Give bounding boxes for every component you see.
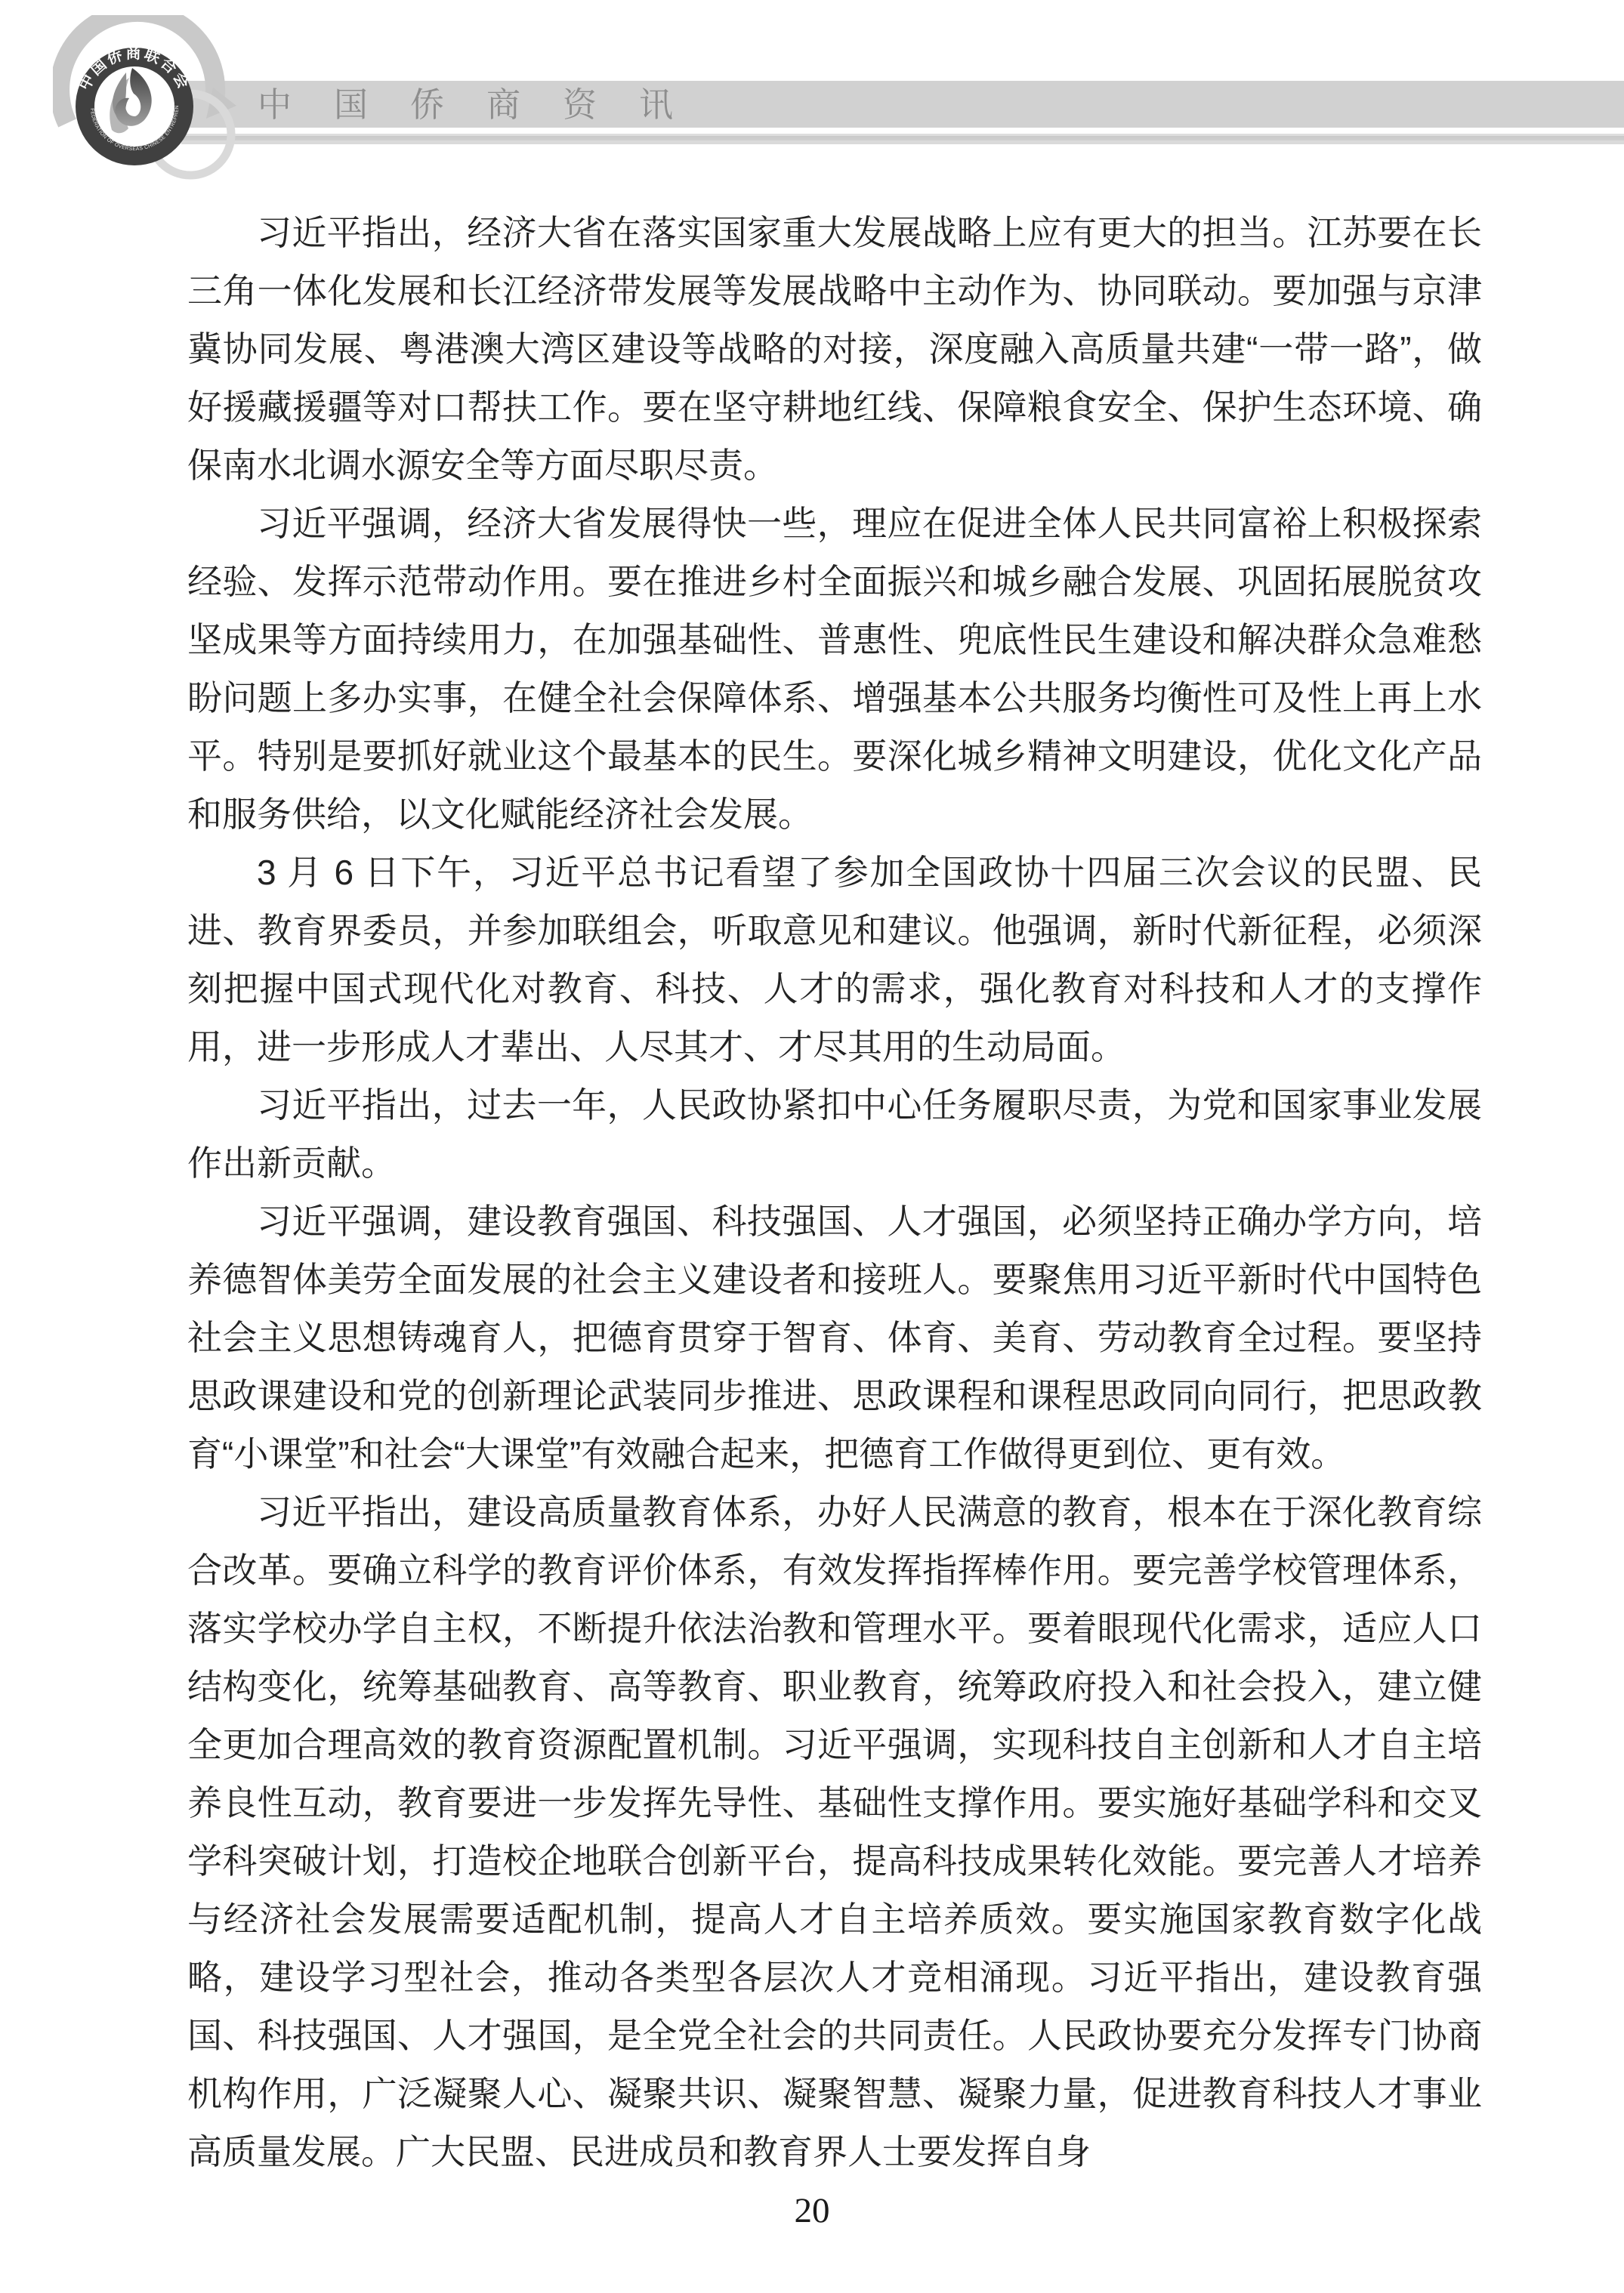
page-number: 20 (0, 2190, 1624, 2231)
paragraph: 习近平指出，经济大省在落实国家重大发展战略上应有更大的担当。江苏要在长三角一体化… (187, 204, 1482, 495)
article-body: 习近平指出，经济大省在落实国家重大发展战略上应有更大的担当。江苏要在长三角一体化… (187, 204, 1482, 2181)
paragraph: 习近平强调，建设教育强国、科技强国、人才强国，必须坚持正确办学方向，培养德智体美… (187, 1193, 1482, 1483)
org-logo-icon: 中国侨商联合会 CHINA FEDERATION OF OVERSEAS CHI… (53, 15, 242, 195)
masthead-title: 中国侨商资讯 (258, 81, 715, 128)
paragraph: 3 月 6 日下午，习近平总书记看望了参加全国政协十四届三次会议的民盟、民进、教… (187, 844, 1482, 1076)
masthead-strip (181, 134, 1624, 144)
document-page: 中国侨商资讯 中国侨商联合会 CHINA FEDERATION OF OVERS… (0, 0, 1624, 2293)
paragraph: 习近平强调，经济大省发展得快一些，理应在促进全体人民共同富裕上积极探索经验、发挥… (187, 495, 1482, 844)
paragraph: 习近平指出，过去一年，人民政协紧扣中心任务履职尽责，为党和国家事业发展作出新贡献… (187, 1076, 1482, 1193)
paragraph: 习近平指出，建设高质量教育体系，办好人民满意的教育，根本在于深化教育综合改革。要… (187, 1483, 1482, 2181)
